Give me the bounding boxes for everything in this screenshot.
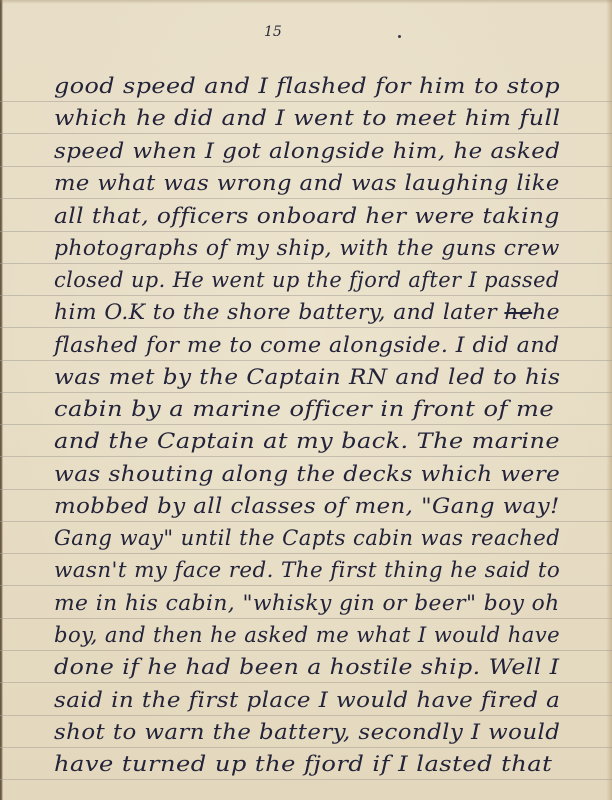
- handwritten-line: me in his cabin, "whisky gin or beer" bo…: [54, 591, 560, 615]
- page-left-edge: [0, 0, 3, 800]
- ruled-line: [0, 650, 612, 651]
- ruled-line: [0, 489, 612, 490]
- correction-word: he: [532, 300, 560, 324]
- handwritten-line: speed when I got alongside him, he asked: [54, 139, 560, 163]
- ruled-line: [0, 618, 612, 619]
- handwritten-line: closed up. He went up the fjord after I …: [54, 268, 560, 292]
- handwritten-line: said in the first place I would have fir…: [54, 688, 560, 712]
- handwritten-line: and the Captain at my back. The marine: [54, 429, 560, 453]
- ruled-line: [0, 133, 612, 134]
- ruled-line: [0, 521, 612, 522]
- ruled-line: [0, 360, 612, 361]
- ruled-line: [0, 553, 612, 554]
- ruled-line: [0, 456, 612, 457]
- ruled-line: [0, 779, 612, 780]
- handwritten-line: cabin by a marine officer in front of me: [54, 397, 554, 421]
- handwritten-line: photographs of my ship, with the guns cr…: [54, 236, 560, 260]
- handwritten-line: wasn't my face red. The first thing he s…: [54, 558, 560, 582]
- line-text: him O.K to the shore battery, and later: [54, 300, 497, 324]
- notebook-page: 15 good speed and I flashed for him to s…: [0, 0, 612, 800]
- handwritten-line: him O.K to the shore battery, and later …: [54, 300, 560, 324]
- page-right-edge: [606, 0, 612, 800]
- ruled-line: [0, 715, 612, 716]
- handwritten-line: shot to warn the battery, secondly I wou…: [54, 720, 560, 744]
- page-top-edge: [0, 0, 612, 4]
- handwritten-line: flashed for me to come alongside. I did …: [54, 333, 560, 357]
- ruled-line: [0, 263, 612, 264]
- handwritten-line: which he did and I went to meet him full: [54, 106, 561, 130]
- ruled-line: [0, 101, 612, 102]
- handwritten-line: boy, and then he asked me what I would h…: [54, 623, 560, 647]
- ruled-line: [0, 747, 612, 748]
- handwritten-line: all that, officers onboard her were taki…: [54, 204, 560, 228]
- handwritten-line: done if he had been a hostile ship. Well…: [54, 655, 560, 679]
- ruled-line: [0, 231, 612, 232]
- handwritten-line: me what was wrong and was laughing like: [54, 171, 560, 195]
- ruled-line: [0, 327, 612, 328]
- ink-dot: [398, 35, 401, 38]
- ruled-line: [0, 682, 612, 683]
- handwritten-line: was shouting along the decks which were: [54, 462, 560, 486]
- page-number: 15: [264, 24, 282, 40]
- ruled-line: [0, 585, 612, 586]
- struck-out-word: he: [504, 300, 532, 324]
- ruled-line: [0, 166, 612, 167]
- ruled-line: [0, 198, 612, 199]
- handwritten-line: have turned up the fjord if I lasted tha…: [54, 752, 552, 776]
- handwritten-line: mobbed by all classes of men, "Gang way!: [54, 494, 560, 518]
- handwritten-line: was met by the Captain RN and led to his: [54, 365, 560, 389]
- ruled-line: [0, 392, 612, 393]
- ruled-line: [0, 295, 612, 296]
- handwritten-line: good speed and I flashed for him to stop: [54, 74, 560, 98]
- ruled-line: [0, 424, 612, 425]
- handwritten-line: Gang way" until the Capts cabin was reac…: [54, 526, 560, 550]
